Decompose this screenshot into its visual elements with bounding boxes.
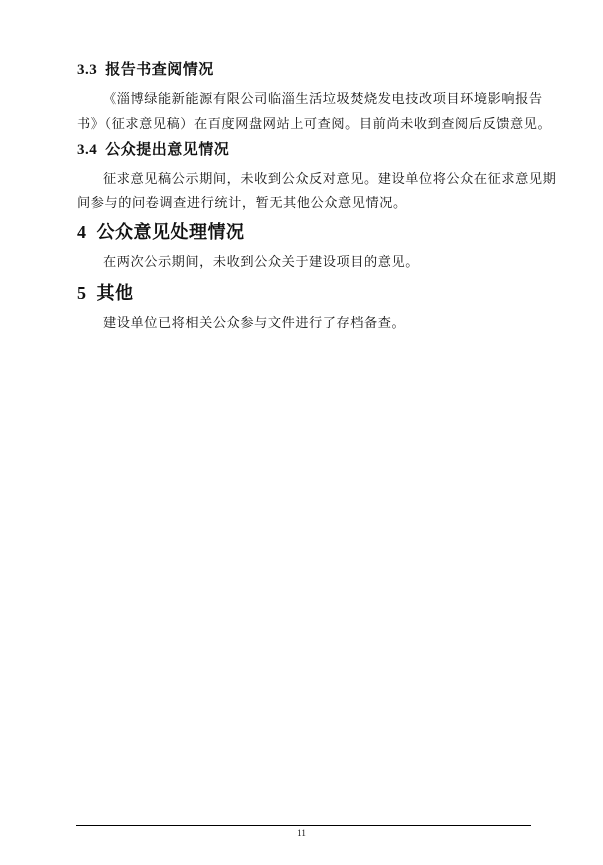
heading-title: 其他 xyxy=(97,283,134,304)
heading-number: 5 xyxy=(77,283,87,303)
document-page: 3.3报告书查阅情况 《淄博绿能新能源有限公司临淄生活垃圾焚烧发电技改项目环境影… xyxy=(0,0,603,865)
heading-number: 4 xyxy=(77,222,87,242)
heading-number: 3.4 xyxy=(77,142,97,158)
heading-5: 5其他 xyxy=(77,279,134,305)
heading-title: 公众意见处理情况 xyxy=(97,222,245,243)
paragraph-line: 征求意见稿公示期间，未收到公众反对意见。建设单位将公众在征求意见期 xyxy=(103,168,556,187)
paragraph-line: 书》（征求意见稿）在百度网盘网站上可查阅。目前尚未收到查阅后反馈意见。 xyxy=(77,113,551,132)
footer-divider xyxy=(76,825,531,826)
paragraph-line: 间参与的问卷调查进行统计，暂无其他公众意见情况。 xyxy=(77,192,407,211)
paragraph-line: 《淄博绿能新能源有限公司临淄生活垃圾焚烧发电技改项目环境影响报告 xyxy=(103,88,543,107)
heading-4: 4公众意见处理情况 xyxy=(77,218,245,244)
heading-title: 公众提出意见情况 xyxy=(105,140,229,158)
page-number: 11 xyxy=(0,828,603,838)
heading-title: 报告书查阅情况 xyxy=(105,60,214,78)
heading-3-3: 3.3报告书查阅情况 xyxy=(77,58,214,79)
paragraph-line: 建设单位已将相关公众参与文件进行了存档备查。 xyxy=(103,312,405,331)
heading-number: 3.3 xyxy=(77,62,97,78)
heading-3-4: 3.4公众提出意见情况 xyxy=(77,138,229,159)
paragraph-line: 在两次公示期间，未收到公众关于建设项目的意见。 xyxy=(103,251,419,270)
